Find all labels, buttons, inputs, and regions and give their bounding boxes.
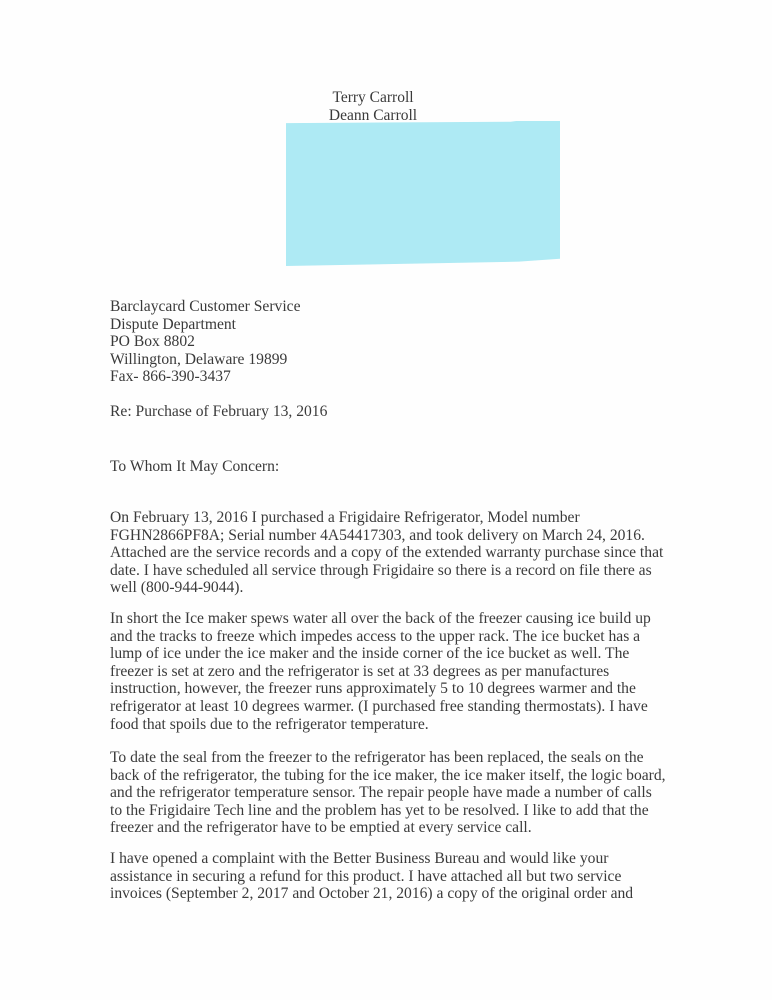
paragraph-line: back of the refrigerator, the tubing for… bbox=[110, 767, 666, 785]
paragraph-line: to the Frigidaire Tech line and the prob… bbox=[110, 802, 666, 820]
body-paragraph-1: On February 13, 2016 I purchased a Frigi… bbox=[110, 509, 663, 597]
body-paragraph-2: In short the Ice maker spews water all o… bbox=[110, 610, 651, 733]
paragraph-line: freezer is set at zero and the refrigera… bbox=[110, 663, 651, 681]
paragraph-line: food that spoils due to the refrigerator… bbox=[110, 716, 651, 734]
salutation: To Whom It May Concern: bbox=[110, 458, 279, 476]
paragraph-line: Attached are the service records and a c… bbox=[110, 544, 663, 562]
body-paragraph-3: To date the seal from the freezer to the… bbox=[110, 749, 666, 837]
paragraph-line: date. I have scheduled all service throu… bbox=[110, 562, 663, 580]
paragraph-line: To date the seal from the freezer to the… bbox=[110, 749, 666, 767]
letter-page: Terry Carroll Deann Carroll Barclaycard … bbox=[0, 0, 772, 1000]
sender-names: Terry Carroll Deann Carroll bbox=[0, 89, 772, 125]
subject-line: Re: Purchase of February 13, 2016 bbox=[110, 403, 327, 421]
redacted-sender-address bbox=[286, 121, 560, 266]
paragraph-line: FGHN2866PF8A; Serial number 4A54417303, … bbox=[110, 527, 663, 545]
paragraph-line: In short the Ice maker spews water all o… bbox=[110, 610, 651, 628]
recipient-address: Barclaycard Customer Service Dispute Dep… bbox=[110, 298, 301, 386]
address-line: Fax- 866-390-3437 bbox=[110, 368, 301, 386]
paragraph-line: instruction, however, the freezer runs a… bbox=[110, 680, 651, 698]
paragraph-line: refrigerator at least 10 degrees warmer.… bbox=[110, 698, 651, 716]
address-line: Dispute Department bbox=[110, 316, 301, 334]
sender-name: Deann Carroll bbox=[0, 107, 772, 125]
paragraph-line: well (800-944-9044). bbox=[110, 579, 663, 597]
paragraph-line: assistance in securing a refund for this… bbox=[110, 868, 633, 886]
paragraph-line: and the refrigerator temperature sensor.… bbox=[110, 784, 666, 802]
body-paragraph-4: I have opened a complaint with the Bette… bbox=[110, 850, 633, 903]
address-line: Willington, Delaware 19899 bbox=[110, 351, 301, 369]
paragraph-line: I have opened a complaint with the Bette… bbox=[110, 850, 633, 868]
paragraph-line: On February 13, 2016 I purchased a Frigi… bbox=[110, 509, 663, 527]
paragraph-line: lump of ice under the ice maker and the … bbox=[110, 645, 651, 663]
address-line: PO Box 8802 bbox=[110, 333, 301, 351]
paragraph-line: and the tracks to freeze which impedes a… bbox=[110, 628, 651, 646]
paragraph-line: freezer and the refrigerator have to be … bbox=[110, 819, 666, 837]
sender-name: Terry Carroll bbox=[0, 89, 772, 107]
paragraph-line: invoices (September 2, 2017 and October … bbox=[110, 885, 633, 903]
address-line: Barclaycard Customer Service bbox=[110, 298, 301, 316]
